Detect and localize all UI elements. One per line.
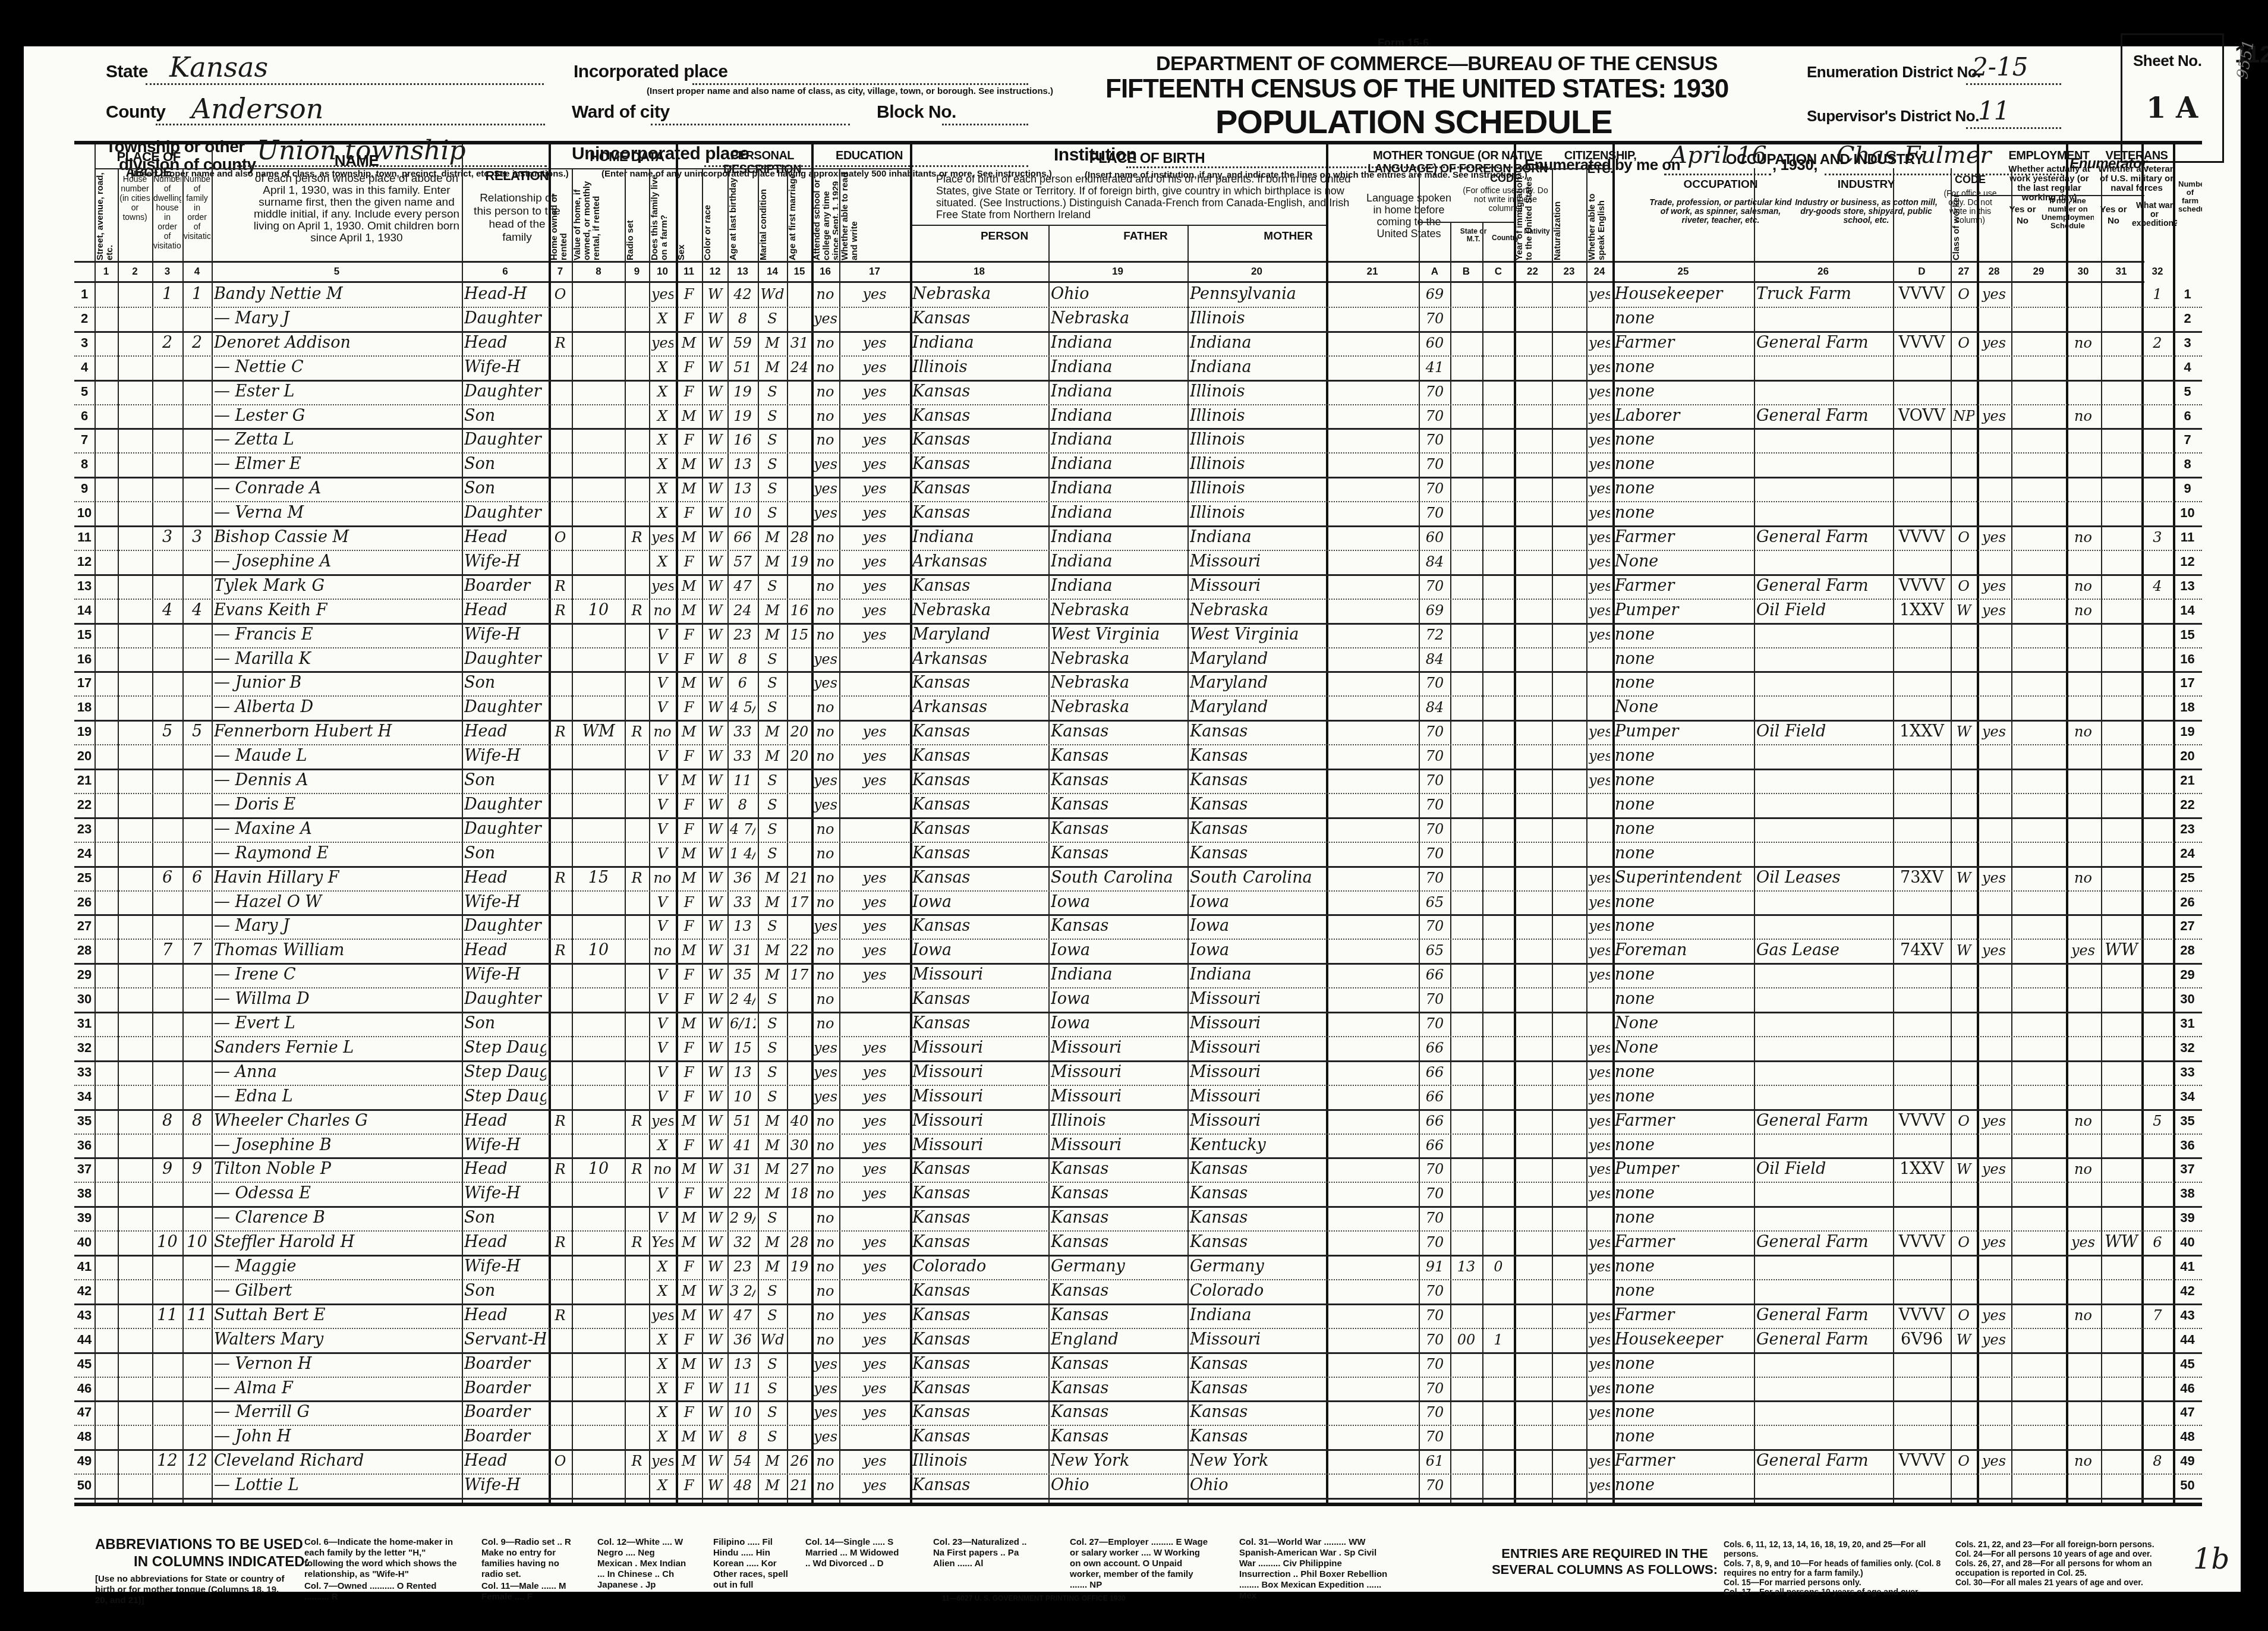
cell-sex[interactable]: M xyxy=(678,671,700,695)
cell-sex[interactable]: M xyxy=(678,1449,700,1473)
cell-sex[interactable]: M xyxy=(678,842,700,865)
cell-work[interactable]: yes xyxy=(1979,939,2009,962)
cell-mar[interactable]: M xyxy=(760,1133,785,1157)
cell-bf[interactable]: Nebraska xyxy=(1051,647,1185,671)
table-row[interactable]: 191955Fennerborn Hubert HHeadRWMRnoMW33M… xyxy=(74,720,2202,744)
cell-mar[interactable]: M xyxy=(760,599,785,622)
sd-field[interactable]: 11 xyxy=(1966,103,2061,129)
cell-age[interactable]: 51 xyxy=(730,355,755,379)
cell-farm[interactable]: yes xyxy=(651,282,673,306)
cell-sch[interactable]: yes xyxy=(814,1085,837,1109)
cell-name[interactable]: — Lester G xyxy=(214,404,459,428)
cell-rel[interactable]: Son xyxy=(464,477,546,500)
cell-sch[interactable]: no xyxy=(814,744,837,768)
cell-rw[interactable]: yes xyxy=(842,720,908,744)
cell-race[interactable]: W xyxy=(704,1206,726,1230)
cell-codeD[interactable]: VVVV xyxy=(1895,1230,1948,1254)
cell-bf[interactable]: Kansas xyxy=(1051,1425,1185,1449)
cell-sch[interactable]: no xyxy=(814,282,837,306)
table-row[interactable]: 111133Bishop Cassie MHeadORyesMW66M28noy… xyxy=(74,525,2202,550)
cell-bm[interactable]: Maryland xyxy=(1190,695,1324,719)
cell-age[interactable]: 66 xyxy=(730,525,755,549)
cell-dw[interactable]: 1 xyxy=(155,282,180,306)
table-row[interactable]: 373799Tilton Noble PHeadR10RnoMW31M27noy… xyxy=(74,1157,2202,1182)
cell-eng[interactable]: yes xyxy=(1589,1449,1610,1473)
cell-occ[interactable]: none xyxy=(1615,1182,1752,1205)
cell-age[interactable]: 15 xyxy=(730,1036,755,1060)
table-row[interactable]: 252566Havin Hillary FHeadR15RnoMW36M21no… xyxy=(74,866,2202,890)
cell-eng[interactable]: yes xyxy=(1589,720,1610,744)
cell-mar[interactable]: S xyxy=(760,1377,785,1400)
cell-occ[interactable]: none xyxy=(1615,1133,1752,1157)
cell-bp[interactable]: Kansas xyxy=(912,1230,1046,1254)
cell-sch[interactable]: yes xyxy=(814,769,837,792)
cell-farm[interactable]: yes xyxy=(651,574,673,598)
cell-rel[interactable]: Step Daughter xyxy=(464,1085,546,1109)
cell-fam[interactable]: 7 xyxy=(185,939,209,962)
cell-codeA[interactable]: 70 xyxy=(1421,769,1448,792)
cell-race[interactable]: W xyxy=(704,939,726,962)
cell-codeB[interactable]: 00 xyxy=(1453,1328,1480,1352)
cell-eng[interactable]: yes xyxy=(1589,1303,1610,1327)
cell-bf[interactable]: Indiana xyxy=(1051,331,1185,355)
cell-sch[interactable]: no xyxy=(814,1255,837,1279)
cell-sch[interactable]: no xyxy=(814,720,837,744)
cell-bm[interactable]: Missouri xyxy=(1190,987,1324,1011)
cell-sex[interactable]: M xyxy=(678,1157,700,1181)
cell-work[interactable]: yes xyxy=(1979,866,2009,890)
cell-sex[interactable]: F xyxy=(678,282,700,306)
cell-age[interactable]: 31 xyxy=(730,1157,755,1181)
cell-sex[interactable]: F xyxy=(678,1060,700,1084)
cell-bf[interactable]: England xyxy=(1051,1328,1185,1352)
cell-sex[interactable]: F xyxy=(678,1133,700,1157)
cell-sex[interactable]: M xyxy=(678,720,700,744)
cell-sex[interactable]: F xyxy=(678,695,700,719)
cell-occ[interactable]: none xyxy=(1615,1279,1752,1303)
cell-occ[interactable]: none xyxy=(1615,1400,1752,1424)
cell-rw[interactable]: yes xyxy=(842,623,908,647)
cell-mar[interactable]: S xyxy=(760,671,785,695)
cell-race[interactable]: W xyxy=(704,1473,726,1497)
cell-codeC[interactable]: 0 xyxy=(1485,1255,1512,1279)
cell-sch[interactable]: no xyxy=(814,380,837,404)
cell-codeD[interactable]: VVVV xyxy=(1895,1303,1948,1327)
cell-bp[interactable]: Kansas xyxy=(912,793,1046,817)
cell-bf[interactable]: Kansas xyxy=(1051,842,1185,865)
cell-codeC[interactable]: 1 xyxy=(1485,1328,1512,1352)
cell-farm[interactable]: X xyxy=(651,452,673,476)
cell-agem[interactable]: 17 xyxy=(789,890,809,914)
cell-farm[interactable]: X xyxy=(651,1352,673,1376)
cell-bm[interactable]: West Virginia xyxy=(1190,623,1324,647)
cell-codeA[interactable]: 72 xyxy=(1421,623,1448,647)
table-row[interactable]: 3434— Edna LStep DaughterVFW10SyesyesMis… xyxy=(74,1085,2202,1109)
cell-mar[interactable]: S xyxy=(760,1060,785,1084)
cell-cls[interactable]: W xyxy=(1953,1157,1974,1181)
cell-farm[interactable]: X xyxy=(651,428,673,452)
table-row[interactable]: 1212— Josephine AWife-HXFW57M19noyesArka… xyxy=(74,550,2202,574)
cell-eng[interactable]: yes xyxy=(1589,1328,1610,1352)
cell-age[interactable]: 51 xyxy=(730,1109,755,1133)
cell-agem[interactable]: 21 xyxy=(789,866,809,890)
cell-sch[interactable]: no xyxy=(814,1473,837,1497)
cell-occ[interactable]: Foreman xyxy=(1615,939,1752,962)
cell-rw[interactable]: yes xyxy=(842,1255,908,1279)
cell-codeA[interactable]: 70 xyxy=(1421,671,1448,695)
cell-codeA[interactable]: 91 xyxy=(1421,1255,1448,1279)
cell-sex[interactable]: M xyxy=(678,477,700,500)
cell-age[interactable]: 36 xyxy=(730,1328,755,1352)
cell-fs[interactable]: 4 xyxy=(2144,574,2171,598)
cell-bp[interactable]: Arkansas xyxy=(912,647,1046,671)
cell-bf[interactable]: South Carolina xyxy=(1051,866,1185,890)
cell-name[interactable]: — Mary J xyxy=(214,307,459,330)
cell-own[interactable]: R xyxy=(551,599,569,622)
cell-work[interactable]: yes xyxy=(1979,1328,2009,1352)
cell-agem[interactable]: 19 xyxy=(789,550,809,574)
cell-sex[interactable]: M xyxy=(678,866,700,890)
cell-sex[interactable]: M xyxy=(678,939,700,962)
cell-rel[interactable]: Wife-H xyxy=(464,1182,546,1205)
table-row[interactable]: 4848— John HBoarderXMW8SyesKansasKansasK… xyxy=(74,1425,2202,1449)
cell-sex[interactable]: M xyxy=(678,404,700,428)
cell-race[interactable]: W xyxy=(704,428,726,452)
cell-mar[interactable]: S xyxy=(760,1425,785,1449)
cell-rw[interactable]: yes xyxy=(842,963,908,987)
cell-bf[interactable]: Missouri xyxy=(1051,1133,1185,1157)
cell-ind[interactable]: General Farm xyxy=(1756,404,1890,428)
cell-rel[interactable]: Wife-H xyxy=(464,623,546,647)
table-row[interactable]: 44— Nettie CWife-HXFW51M24noyesIllinoisI… xyxy=(74,355,2202,380)
cell-vet[interactable]: yes xyxy=(2068,1230,2098,1254)
cell-eng[interactable]: yes xyxy=(1589,914,1610,938)
cell-bf[interactable]: Iowa xyxy=(1051,987,1185,1011)
table-row[interactable]: 2929— Irene CWife-HVFW35M17noyesMissouri… xyxy=(74,963,2202,987)
cell-sex[interactable]: F xyxy=(678,550,700,574)
table-row[interactable]: 1313Tylek Mark GBoarderRyesMW47SnoyesKan… xyxy=(74,574,2202,599)
cell-sch[interactable]: yes xyxy=(814,1036,837,1060)
table-row[interactable]: 5050— Lottie LWife-HXFW48M21noyesKansasO… xyxy=(74,1473,2202,1498)
cell-bf[interactable]: Kansas xyxy=(1051,817,1185,841)
cell-codeA[interactable]: 60 xyxy=(1421,331,1448,355)
cell-bp[interactable]: Kansas xyxy=(912,866,1046,890)
cell-name[interactable]: — Odessa E xyxy=(214,1182,459,1205)
cell-codeA[interactable]: 70 xyxy=(1421,1425,1448,1449)
cell-age[interactable]: 23 xyxy=(730,623,755,647)
cell-rel[interactable]: Son xyxy=(464,404,546,428)
cell-bf[interactable]: Kansas xyxy=(1051,1303,1185,1327)
cell-val[interactable]: WM xyxy=(574,720,623,744)
cell-eng[interactable]: yes xyxy=(1589,1157,1610,1181)
table-row[interactable]: 49491212Cleveland RichardHeadORyesMW54M2… xyxy=(74,1449,2202,1473)
cell-codeA[interactable]: 84 xyxy=(1421,550,1448,574)
cell-own[interactable]: R xyxy=(551,1230,569,1254)
cell-age[interactable]: 4 5/12 xyxy=(730,695,755,719)
cell-mar[interactable]: S xyxy=(760,307,785,330)
cell-eng[interactable]: yes xyxy=(1589,428,1610,452)
cell-sch[interactable]: no xyxy=(814,331,837,355)
cell-codeA[interactable]: 70 xyxy=(1421,1157,1448,1181)
cell-age[interactable]: 6 xyxy=(730,671,755,695)
cell-bm[interactable]: Kansas xyxy=(1190,1377,1324,1400)
cell-name[interactable]: — Dennis A xyxy=(214,769,459,792)
cell-farm[interactable]: V xyxy=(651,769,673,792)
cell-rel[interactable]: Head xyxy=(464,599,546,622)
table-row[interactable]: 2020— Maude LWife-HVFW33M20noyesKansasKa… xyxy=(74,744,2202,769)
ed-field[interactable]: 2-15 xyxy=(1966,59,2061,85)
cell-work[interactable]: yes xyxy=(1979,1157,2009,1181)
cell-sex[interactable]: M xyxy=(678,1425,700,1449)
cell-rw[interactable]: yes xyxy=(842,1352,908,1376)
cell-bp[interactable]: Kansas xyxy=(912,817,1046,841)
cell-bf[interactable]: Missouri xyxy=(1051,1060,1185,1084)
cell-occ[interactable]: None xyxy=(1615,550,1752,574)
cell-radio[interactable]: R xyxy=(627,720,647,744)
cell-bm[interactable]: Pennsylvania xyxy=(1190,282,1324,306)
cell-occ[interactable]: Farmer xyxy=(1615,574,1752,598)
cell-race[interactable]: W xyxy=(704,1085,726,1109)
cell-farm[interactable]: X xyxy=(651,1255,673,1279)
cell-rel[interactable]: Daughter xyxy=(464,307,546,330)
cell-occ[interactable]: none xyxy=(1615,647,1752,671)
cell-bm[interactable]: Missouri xyxy=(1190,550,1324,574)
cell-vet[interactable]: no xyxy=(2068,404,2098,428)
cell-bp[interactable]: Kansas xyxy=(912,501,1046,525)
cell-sch[interactable]: no xyxy=(814,817,837,841)
cell-rw[interactable]: yes xyxy=(842,525,908,549)
cell-race[interactable]: W xyxy=(704,842,726,865)
cell-sex[interactable]: M xyxy=(678,1303,700,1327)
cell-codeA[interactable]: 60 xyxy=(1421,525,1448,549)
cell-age[interactable]: 33 xyxy=(730,720,755,744)
cell-eng[interactable]: yes xyxy=(1589,501,1610,525)
cell-bm[interactable]: Kansas xyxy=(1190,1400,1324,1424)
cell-mar[interactable]: S xyxy=(760,477,785,500)
cell-codeA[interactable]: 70 xyxy=(1421,452,1448,476)
cell-bp[interactable]: Kansas xyxy=(912,769,1046,792)
cell-rel[interactable]: Step Daughter xyxy=(464,1036,546,1060)
cell-rel[interactable]: Son xyxy=(464,452,546,476)
cell-agem[interactable]: 20 xyxy=(789,720,809,744)
cell-ind[interactable]: General Farm xyxy=(1756,1328,1890,1352)
cell-farm[interactable]: V xyxy=(651,793,673,817)
cell-mar[interactable]: S xyxy=(760,1352,785,1376)
cell-age[interactable]: 16 xyxy=(730,428,755,452)
cell-eng[interactable]: yes xyxy=(1589,1377,1610,1400)
cell-agem[interactable]: 17 xyxy=(789,963,809,987)
cell-work[interactable]: yes xyxy=(1979,1449,2009,1473)
cell-mar[interactable]: S xyxy=(760,817,785,841)
cell-bm[interactable]: Illinois xyxy=(1190,501,1324,525)
cell-name[interactable]: Suttah Bert E xyxy=(214,1303,459,1327)
cell-occ[interactable]: none xyxy=(1615,987,1752,1011)
cell-race[interactable]: W xyxy=(704,817,726,841)
table-row[interactable]: 3636— Josephine BWife-HXFW41M30noyesMiss… xyxy=(74,1133,2202,1158)
cell-work[interactable]: yes xyxy=(1979,599,2009,622)
cell-bf[interactable]: Nebraska xyxy=(1051,599,1185,622)
cell-ind[interactable]: General Farm xyxy=(1756,1230,1890,1254)
cell-sch[interactable]: no xyxy=(814,695,837,719)
cell-bm[interactable]: Missouri xyxy=(1190,1328,1324,1352)
cell-dw[interactable]: 5 xyxy=(155,720,180,744)
cell-rel[interactable]: Wife-H xyxy=(464,890,546,914)
cell-occ[interactable]: none xyxy=(1615,744,1752,768)
cell-vet[interactable]: no xyxy=(2068,866,2098,890)
cell-rel[interactable]: Wife-H xyxy=(464,744,546,768)
cell-rel[interactable]: Wife-H xyxy=(464,963,546,987)
cell-farm[interactable]: X xyxy=(651,307,673,330)
cell-fam[interactable]: 6 xyxy=(185,866,209,890)
cell-mar[interactable]: S xyxy=(760,380,785,404)
cell-ind[interactable]: Gas Lease xyxy=(1756,939,1890,962)
cell-farm[interactable]: V xyxy=(651,1060,673,1084)
cell-age[interactable]: 2 4/12 xyxy=(730,987,755,1011)
cell-war[interactable]: WW xyxy=(2103,939,2139,962)
cell-name[interactable]: — Willma D xyxy=(214,987,459,1011)
cell-occ[interactable]: Farmer xyxy=(1615,1449,1752,1473)
cell-ind[interactable]: Oil Field xyxy=(1756,599,1890,622)
cell-sch[interactable]: no xyxy=(814,525,837,549)
cell-age[interactable]: 6/12 xyxy=(730,1012,755,1035)
cell-dw[interactable]: 4 xyxy=(155,599,180,622)
cell-farm[interactable]: X xyxy=(651,1279,673,1303)
table-row[interactable]: 1818— Alberta DDaughterVFW4 5/12SnoArkan… xyxy=(74,695,2202,720)
cell-codeD[interactable]: 1XXV xyxy=(1895,1157,1948,1181)
cell-agem[interactable]: 27 xyxy=(789,1157,809,1181)
cell-codeA[interactable]: 70 xyxy=(1421,817,1448,841)
cell-codeA[interactable]: 70 xyxy=(1421,307,1448,330)
cell-farm[interactable]: V xyxy=(651,963,673,987)
cell-cls[interactable]: O xyxy=(1953,282,1974,306)
cell-vet[interactable]: yes xyxy=(2068,939,2098,962)
cell-bf[interactable]: Indiana xyxy=(1051,452,1185,476)
cell-bf[interactable]: Indiana xyxy=(1051,501,1185,525)
cell-name[interactable]: Walters Mary xyxy=(214,1328,459,1352)
cell-age[interactable]: 54 xyxy=(730,1449,755,1473)
cell-farm[interactable]: Yes xyxy=(651,1230,673,1254)
cell-codeA[interactable]: 65 xyxy=(1421,890,1448,914)
cell-sex[interactable]: F xyxy=(678,1182,700,1205)
cell-bp[interactable]: Kansas xyxy=(912,1279,1046,1303)
cell-sch[interactable]: no xyxy=(814,599,837,622)
cell-ind[interactable]: Oil Field xyxy=(1756,1157,1890,1181)
cell-sex[interactable]: F xyxy=(678,307,700,330)
cell-rw[interactable]: yes xyxy=(842,1133,908,1157)
cell-eng[interactable]: yes xyxy=(1589,452,1610,476)
cell-rel[interactable]: Daughter xyxy=(464,817,546,841)
cell-age[interactable]: 11 xyxy=(730,769,755,792)
cell-rel[interactable]: Head-H xyxy=(464,282,546,306)
cell-age[interactable]: 41 xyxy=(730,1133,755,1157)
cell-val[interactable]: 10 xyxy=(574,939,623,962)
cell-codeA[interactable]: 70 xyxy=(1421,1377,1448,1400)
incorporated-field[interactable] xyxy=(692,64,1028,85)
cell-rw[interactable]: yes xyxy=(842,914,908,938)
cell-rel[interactable]: Daughter xyxy=(464,428,546,452)
cell-occ[interactable]: Farmer xyxy=(1615,331,1752,355)
cell-radio[interactable]: R xyxy=(627,599,647,622)
cell-rw[interactable]: yes xyxy=(842,380,908,404)
cell-name[interactable]: — Anna xyxy=(214,1060,459,1084)
cell-codeD[interactable]: VVVV xyxy=(1895,1449,1948,1473)
cell-bm[interactable]: Illinois xyxy=(1190,428,1324,452)
table-row[interactable]: 88— Elmer ESonXMW13SyesyesKansasIndianaI… xyxy=(74,452,2202,477)
cell-fs[interactable]: 3 xyxy=(2144,525,2171,549)
cell-age[interactable]: 2 9/12 xyxy=(730,1206,755,1230)
cell-bf[interactable]: Germany xyxy=(1051,1255,1185,1279)
cell-bp[interactable]: Kansas xyxy=(912,987,1046,1011)
cell-rw[interactable]: yes xyxy=(842,890,908,914)
cell-mar[interactable]: S xyxy=(760,769,785,792)
cell-eng[interactable]: yes xyxy=(1589,1255,1610,1279)
cell-cls[interactable]: O xyxy=(1953,1230,1974,1254)
table-row[interactable]: 2727— Mary JDaughterVFW13SyesyesKansasKa… xyxy=(74,914,2202,939)
cell-own[interactable]: R xyxy=(551,866,569,890)
cell-bf[interactable]: Ohio xyxy=(1051,1473,1185,1497)
cell-rw[interactable]: yes xyxy=(842,1230,908,1254)
cell-eng[interactable]: yes xyxy=(1589,1109,1610,1133)
cell-name[interactable]: Evans Keith F xyxy=(214,599,459,622)
cell-codeA[interactable]: 70 xyxy=(1421,1206,1448,1230)
cell-race[interactable]: W xyxy=(704,890,726,914)
cell-rel[interactable]: Head xyxy=(464,1449,546,1473)
cell-bp[interactable]: Kansas xyxy=(912,671,1046,695)
cell-mar[interactable]: Wd xyxy=(760,282,785,306)
cell-fam[interactable]: 2 xyxy=(185,331,209,355)
cell-age[interactable]: 13 xyxy=(730,1060,755,1084)
cell-occ[interactable]: none xyxy=(1615,380,1752,404)
cell-bm[interactable]: Kentucky xyxy=(1190,1133,1324,1157)
cell-rel[interactable]: Head xyxy=(464,331,546,355)
cell-eng[interactable]: yes xyxy=(1589,404,1610,428)
cell-codeA[interactable]: 70 xyxy=(1421,1303,1448,1327)
cell-sch[interactable]: no xyxy=(814,939,837,962)
cell-sex[interactable]: M xyxy=(678,1012,700,1035)
table-row[interactable]: 4141— MaggieWife-HXFW23M19noyesColoradoG… xyxy=(74,1255,2202,1279)
cell-race[interactable]: W xyxy=(704,355,726,379)
cell-eng[interactable]: yes xyxy=(1589,282,1610,306)
cell-bp[interactable]: Kansas xyxy=(912,1206,1046,1230)
cell-bm[interactable]: New York xyxy=(1190,1449,1324,1473)
cell-race[interactable]: W xyxy=(704,501,726,525)
cell-rw[interactable]: yes xyxy=(842,477,908,500)
cell-mar[interactable]: M xyxy=(760,890,785,914)
cell-bm[interactable]: Iowa xyxy=(1190,914,1324,938)
cell-rw[interactable]: yes xyxy=(842,1449,908,1473)
cell-sch[interactable]: no xyxy=(814,842,837,865)
cell-race[interactable]: W xyxy=(704,1133,726,1157)
cell-codeA[interactable]: 61 xyxy=(1421,1449,1448,1473)
cell-bf[interactable]: New York xyxy=(1051,1449,1185,1473)
cell-sex[interactable]: F xyxy=(678,987,700,1011)
cell-bm[interactable]: Maryland xyxy=(1190,671,1324,695)
cell-sch[interactable]: no xyxy=(814,1449,837,1473)
cell-name[interactable]: Wheeler Charles G xyxy=(214,1109,459,1133)
cell-farm[interactable]: X xyxy=(651,501,673,525)
cell-rw[interactable]: yes xyxy=(842,1109,908,1133)
cell-rw[interactable]: yes xyxy=(842,866,908,890)
cell-mar[interactable]: M xyxy=(760,720,785,744)
cell-codeA[interactable]: 70 xyxy=(1421,744,1448,768)
cell-cls[interactable]: W xyxy=(1953,939,1974,962)
cell-farm[interactable]: X xyxy=(651,1425,673,1449)
cell-ind[interactable]: General Farm xyxy=(1756,1109,1890,1133)
cell-mar[interactable]: M xyxy=(760,623,785,647)
cell-rw[interactable]: yes xyxy=(842,355,908,379)
cell-race[interactable]: W xyxy=(704,623,726,647)
cell-farm[interactable]: no xyxy=(651,939,673,962)
